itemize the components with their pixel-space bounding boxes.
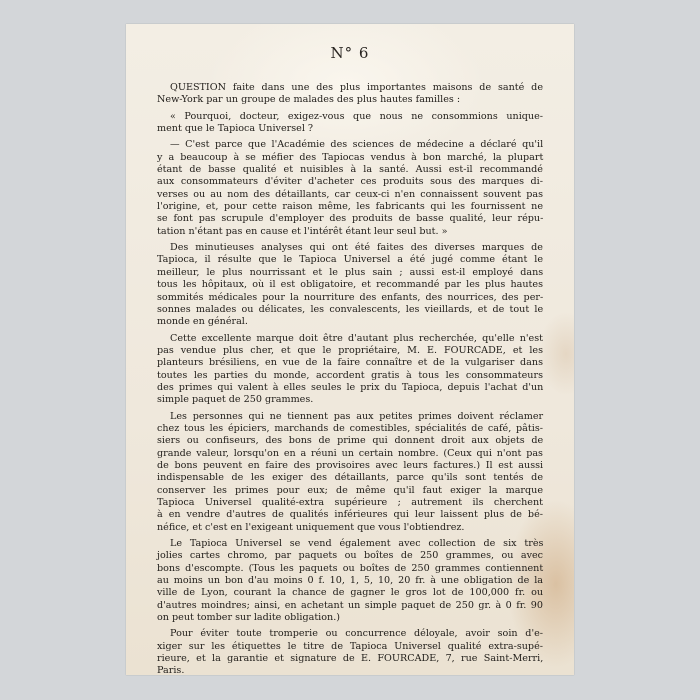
card-number: N° 6 [126, 44, 574, 62]
text-line: de bons peuvent en faire des provisoires… [157, 460, 543, 472]
text-line: à en vendre d'autres de qualités inférie… [157, 509, 543, 521]
text-line: sonnes malades ou délicates, les convale… [157, 304, 543, 316]
text-line: néfice, et c'est en l'exigeant uniquemen… [157, 522, 543, 534]
text-line: Tapioca, il résulte que le Tapioca Unive… [157, 254, 543, 266]
text-line: monde en général. [157, 316, 543, 328]
text-line: on peut tomber sur ladite obligation.) [157, 612, 543, 624]
text-line: au moins un bon d'au moins 0 f. 10, 1, 5… [157, 575, 543, 587]
text-line: simple paquet de 250 grammes. [157, 394, 543, 406]
text-line: xiger sur les étiquettes le titre de Tap… [157, 641, 543, 653]
text-line: Les personnes qui ne tiennent pas aux pe… [157, 411, 543, 423]
text-line: meilleur, le plus nourrissant et le plus… [157, 267, 543, 279]
text-line: l'origine, et, pour cette raison même, l… [157, 201, 543, 213]
text-line: étant de basse qualité et nuisibles à la… [157, 164, 543, 176]
text-line: QUESTION faite dans une des plus importa… [157, 82, 543, 94]
tapioca-card-back: N° 6 QUESTION faite dans une des plus im… [126, 24, 574, 675]
text-line: verses ou au nom des détaillants, car ce… [157, 189, 543, 201]
text-line: sommités médicales pour la nourriture de… [157, 292, 543, 304]
text-line: chez tous les épiciers, marchands de com… [157, 423, 543, 435]
text-line: rieure, et la garantie et signature de E… [157, 653, 543, 665]
text-line: Cette excellente marque doit être d'auta… [157, 333, 543, 345]
text-line: ment que le Tapioca Universel ? [157, 123, 543, 135]
text-line: Paris. [157, 665, 543, 677]
text-line: tous les hôpitaux, où il est obligatoire… [157, 279, 543, 291]
paragraph: « Pourquoi, docteur, exigez-vous que nou… [157, 111, 543, 136]
text-line: — C'est parce que l'Académie des science… [157, 139, 543, 151]
text-line: planteurs brésiliens, en vue de la faire… [157, 357, 543, 369]
text-line: Pour éviter toute tromperie ou concurren… [157, 628, 543, 640]
text-line: indispensable de les exiger des détailla… [157, 472, 543, 484]
text-line: pas vendue plus cher, et que le propriét… [157, 345, 543, 357]
paragraph: Le Tapioca Universel se vend également a… [157, 538, 543, 624]
text-line: Le Tapioca Universel se vend également a… [157, 538, 543, 550]
text-line: des primes qui valent à elles seules le … [157, 382, 543, 394]
text-line: toutes les parties du monde, accordent g… [157, 370, 543, 382]
text-line: tation n'étant pas en cause et l'intérêt… [157, 226, 543, 238]
text-line: Des minutieuses analyses qui ont été fai… [157, 242, 543, 254]
text-line: se font pas scrupule d'employer des prod… [157, 213, 543, 225]
paragraph: Les personnes qui ne tiennent pas aux pe… [157, 411, 543, 534]
text-line: y a beaucoup à se méfier des Tapiocas ve… [157, 152, 543, 164]
paragraph: Pour éviter toute tromperie ou concurren… [157, 628, 543, 677]
text-line: grande valeur, lorsqu'on en a réuni un c… [157, 448, 543, 460]
paragraph: — C'est parce que l'Académie des science… [157, 139, 543, 238]
paragraph: QUESTION faite dans une des plus importa… [157, 82, 543, 107]
paragraph: Des minutieuses analyses qui ont été fai… [157, 242, 543, 328]
text-line: siers ou confiseurs, des bons de prime q… [157, 435, 543, 447]
text-line: bons d'escompte. (Tous les paquets ou bo… [157, 563, 543, 575]
text-line: Tapioca Universel qualité-extra supérieu… [157, 497, 543, 509]
text-line: conserver les primes pour eux; de même q… [157, 485, 543, 497]
text-line: aux consommateurs d'éviter d'acheter ces… [157, 176, 543, 188]
text-line: ville de Lyon, courant la chance de gagn… [157, 587, 543, 599]
paragraph: Cette excellente marque doit être d'auta… [157, 333, 543, 407]
text-line: jolies cartes chromo, par paquets ou boî… [157, 550, 543, 562]
text-line: New-York par un groupe de malades des pl… [157, 94, 543, 106]
text-line: « Pourquoi, docteur, exigez-vous que nou… [157, 111, 543, 123]
card-body-text: QUESTION faite dans une des plus importa… [157, 82, 543, 682]
text-line: d'autres moindres; ainsi, en achetant un… [157, 600, 543, 612]
